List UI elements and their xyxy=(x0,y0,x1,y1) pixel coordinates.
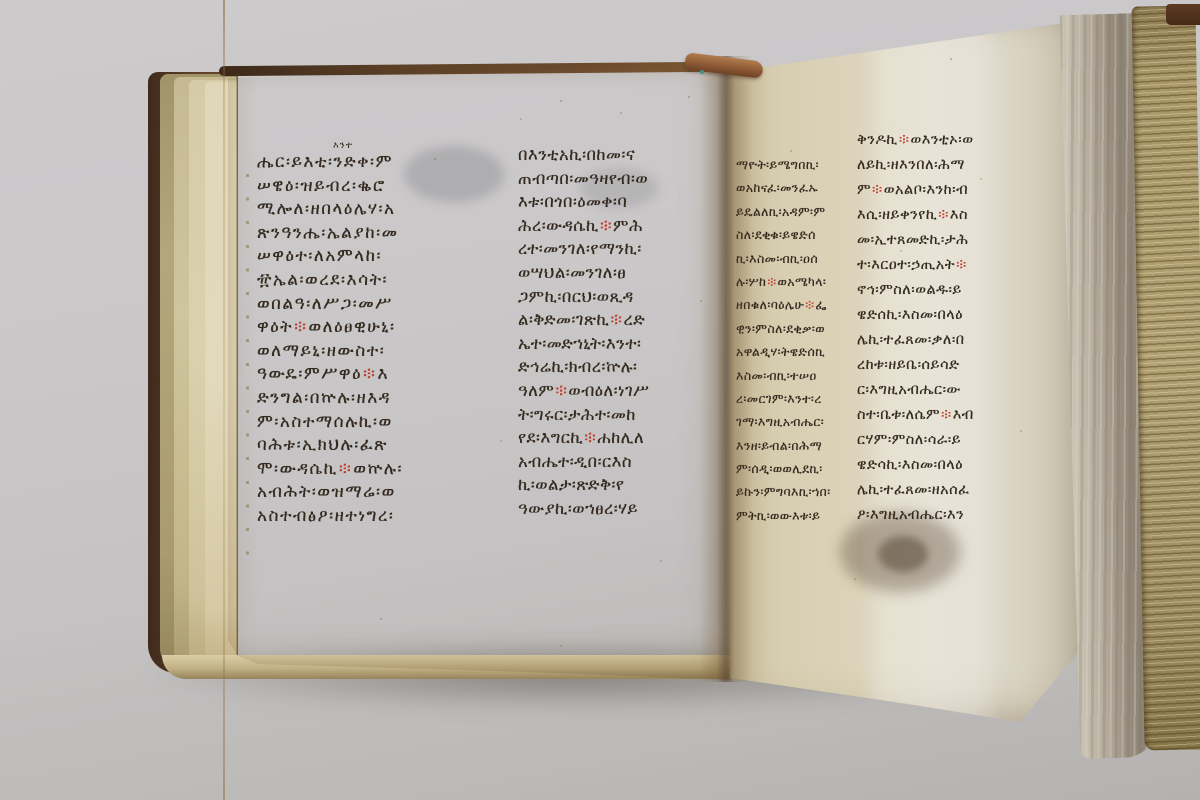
manuscript-text-line: ረተ፡መንገለ፡የማንኪ፡ xyxy=(518,237,649,261)
manuscript-text-line: ወለማይኒ፡ዘውስተ፡ xyxy=(257,340,403,364)
manuscript-text-line: ወሣህል፡መንገለ፡ፀ xyxy=(518,261,649,285)
red-cross-mark: ፨ xyxy=(940,407,953,423)
manuscript-text-line: ዖ፡እግዚአብሔር፡እን xyxy=(857,503,974,528)
manuscript-text-line: ስተ፡ቤቱ፡ለሴም፨እብ xyxy=(857,403,974,428)
left-page-column-2: በእንቲአኪ፡በከመ፡ናጠብጣበ፡መዓዛየብ፡ወእቱ፡በጎበ፡ዕመቀ፡ባሕረ፡ው… xyxy=(518,143,649,521)
manuscript-text-line: ም፨ወአልቦ፡እንከ፡ብ xyxy=(857,178,974,203)
manuscript-text-line: ት፡ግሩር፡ታሕተ፡መከ xyxy=(518,403,649,427)
manuscript-text-line: ጽንዓንሔ፡ኤልያከ፡መ xyxy=(257,222,403,246)
manuscript-text-line: ኤተ፡መድኀኒት፡እንተ፡ xyxy=(518,332,649,356)
red-cross-mark: ፨ xyxy=(955,257,968,273)
interlinear-gloss: እንተ xyxy=(333,140,353,151)
manuscript-text-line: ሔር፡ይእቲ፡ንድቀ፡ም xyxy=(257,151,403,175)
manuscript-text-line: በእንቲአኪ፡በከመ፡ና xyxy=(518,143,649,167)
manuscript-text-line: ሠዋዕተ፡ለአምላከ፡ xyxy=(257,245,403,269)
ink-smudge xyxy=(404,146,504,202)
red-cross-mark: ፨ xyxy=(804,297,815,312)
red-cross-mark: ፨ xyxy=(937,207,950,223)
manuscript-text-line: መ፡ኢተጸመድኪ፡ታሕ xyxy=(857,228,974,253)
red-cross-mark: ፨ xyxy=(338,459,353,479)
manuscript-text-line: ኪ፡ወልታ፡ጽድቅ፡የ xyxy=(518,473,649,497)
red-cross-mark: ፨ xyxy=(898,132,911,148)
red-cross-mark: ፨ xyxy=(766,274,777,289)
manuscript-text-line: እቱ፡በጎበ፡ዕመቀ፡ባ xyxy=(518,190,649,214)
manuscript-text-line: ሚሎለ፡ዘበላዕሌሃ፡አ xyxy=(257,198,403,222)
manuscript-text-line: ወበልዓ፡ለሥጋ፡መሥ xyxy=(257,293,403,317)
red-cross-mark: ፨ xyxy=(293,317,308,337)
foxing-spots xyxy=(560,100,562,102)
manuscript-text-line: ሌኪ፡ተፈጸመ፡ቃለ፡በ xyxy=(857,328,974,353)
manuscript-text-line: ሕረ፡ውዳሴኪ፨ምሕ xyxy=(518,214,649,238)
manuscript-text-line: ር፡እግዚአብሔር፡ው xyxy=(857,378,974,403)
ruling-prick-marks xyxy=(246,156,249,564)
red-cross-mark: ፨ xyxy=(609,310,623,329)
manuscript-text-line: ድንግል፡በኵሉ፡ዘእዳ xyxy=(257,387,403,411)
turquoise-bead xyxy=(700,70,704,74)
manuscript-text-line: ዓውያኪ፡ወኀፀረ፡ሃይ xyxy=(518,497,649,521)
manuscript-text-line: ኖኅ፡ምስለ፡ወልዱ፡ይ xyxy=(857,278,974,303)
manuscript-text-line: ዋዕት፨ወለዕፀዊሁኒ፡ xyxy=(257,316,403,340)
red-cross-mark: ፨ xyxy=(362,364,377,384)
fore-edge-page-block xyxy=(1132,5,1200,750)
manuscript-text-line: ሠዌዕ፡ዝይብረ፡ቈሮ xyxy=(257,175,403,199)
manuscript-text-line: ዓለም፨ወብዕለ፡ነገሥ xyxy=(518,379,649,403)
manuscript-text-line: ለይኪ፡ዘእንበለ፡ሕማ xyxy=(857,153,974,178)
foxing-spots xyxy=(950,58,952,60)
manuscript-text-line: ዌድሰኪ፡እስመ፡በላዕ xyxy=(857,303,974,328)
red-cross-mark: ፨ xyxy=(554,381,568,400)
manuscript-text-line: ም፡አስተማሰሉኪ፡ወ xyxy=(257,411,403,435)
manuscript-text-line: ዓውዴ፡ምሥዋዕ፨እ xyxy=(257,363,403,387)
right-cover-corner xyxy=(1166,4,1200,25)
manuscript-text-line: ሌኪ፡ተፈጸመ፡ዘአሰፈ xyxy=(857,478,974,503)
manuscript-text-line: ተ፡እርዐተ፡ኃጢአት፨ xyxy=(857,253,974,278)
manuscript-text-line: ጋምኪ፡በርህ፡ወጺዳ xyxy=(518,285,649,309)
manuscript-text-line: አስተብፅዖ፡ዘተነግረ፡ xyxy=(257,505,403,529)
red-cross-mark: ፨ xyxy=(583,428,597,447)
manuscript-text-line: አብሔተ፡ዲበ፡ርእስ xyxy=(518,450,649,474)
manuscript-text-line: ድኅሬኪ፡ክብረ፡ኵሉ፡ xyxy=(518,355,649,379)
photo-of-open-manuscript: እንተ ሔር፡ይእቲ፡ንድቀ፡ምሠዌዕ፡ዝይብረ፡ቈሮሚሎለ፡ዘበላዕሌሃ፡አጽ… xyxy=(0,0,1200,800)
stain-blotch-core xyxy=(878,536,928,572)
manuscript-text-line: ፹ኤል፡ወረደ፡እሳት፡ xyxy=(257,269,403,293)
manuscript-text-line: ል፡ቅድመ፡ገጽኪ፨ረድ xyxy=(518,308,649,332)
manuscript-text-line: የደ፡እግርኪ፨ሐከሊለ xyxy=(518,426,649,450)
hanging-thread xyxy=(223,0,225,800)
manuscript-text-line: አብሕት፡ወዝማሬ፡ወ xyxy=(257,481,403,505)
manuscript-text-line: ረከቱ፡ዘይቤ፡ሰይሳድ xyxy=(857,353,974,378)
right-page-column-2: ቅንዶኪ፨ወእንቲኦ፡ወለይኪ፡ዘእንበለ፡ሕማም፨ወአልቦ፡እንከ፡ብእሲ፡ዘ… xyxy=(857,128,974,528)
manuscript-text-line: ሞ፡ውዳሴኪ፨ወኵሉ፡ xyxy=(257,458,403,482)
manuscript-text-line: ቅንዶኪ፨ወእንቲኦ፡ወ xyxy=(857,128,974,153)
left-page-column-1: ሔር፡ይእቲ፡ንድቀ፡ምሠዌዕ፡ዝይብረ፡ቈሮሚሎለ፡ዘበላዕሌሃ፡አጽንዓንሔ… xyxy=(257,151,403,529)
manuscript-text-line: ጠብጣበ፡መዓዛየብ፡ወ xyxy=(518,167,649,191)
manuscript-text-line: ባሕቱ፡ኢክህሉ፡ፈጽ xyxy=(257,434,403,458)
red-cross-mark: ፨ xyxy=(871,182,884,198)
gutter-fold-shadow xyxy=(699,56,753,682)
manuscript-text-line: ዌድሳኪ፡እስመ፡በላዕ xyxy=(857,453,974,478)
red-cross-mark: ፨ xyxy=(599,216,613,235)
manuscript-text-line: እሲ፡ዘይቀንየኪ፨እስ xyxy=(857,203,974,228)
manuscript-text-line: ርሃም፡ምስለ፡ሳራ፡ይ xyxy=(857,428,974,453)
